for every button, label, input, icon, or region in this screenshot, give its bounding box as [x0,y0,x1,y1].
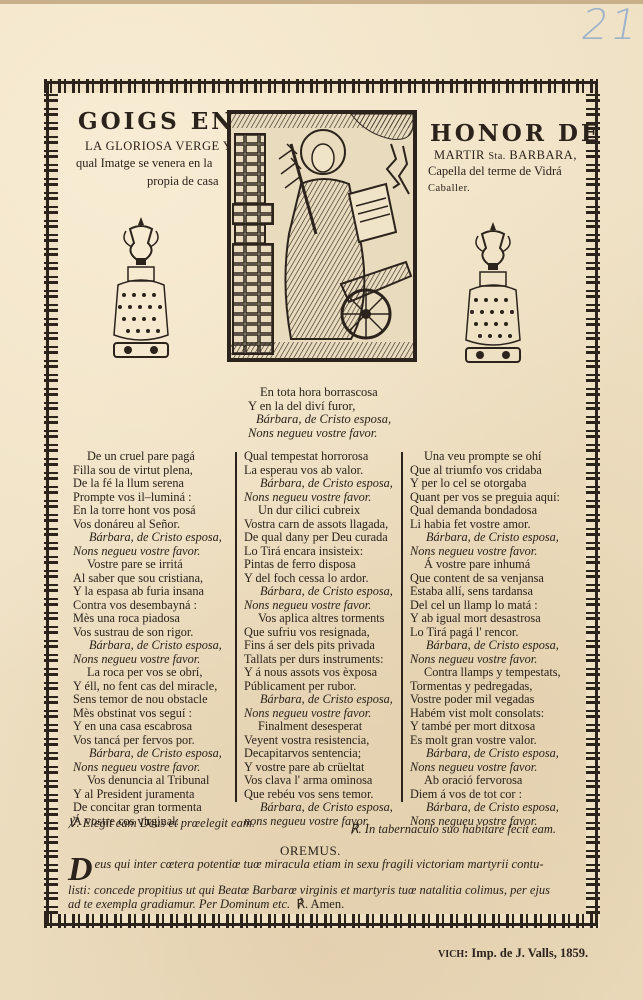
verse-line: Fins á ser dels pits privada [244,639,393,653]
verse-line: De concitar gran tormenta [73,801,222,815]
oremus-prayer: D eus qui inter cœtera potentiœ tuœ mira… [68,852,558,911]
verse-line: Bárbara, de Cristo esposa, [410,747,561,761]
verse-line: Una veu prompte se ohí [410,450,561,464]
verse-line: Á vostre pare inhumá [410,558,561,572]
refrain-line: Y en la del diví furor, [240,400,420,414]
verse-line: Bárbara, de Cristo esposa, [73,531,222,545]
verse-line: Nons negueu vostre favor. [410,545,561,559]
verse-line: Que sufriu vos resignada, [244,626,393,640]
verse-line: Vos donáreu al Señor. [73,518,222,532]
saint-barbara-woodcut [227,110,417,362]
verse-line: Bárbara, de Cristo esposa, [73,747,222,761]
saint-barbara-illustration [231,114,413,358]
verse-line: Que rebéu vos sens temor. [244,788,393,802]
verse-line: Contra llamps y tempestats, [410,666,561,680]
verse-line: Y al President juramenta [73,788,222,802]
verse-line: Habém vist molt consolats: [410,707,561,721]
verse-line: De la fé la llum serena [73,477,222,491]
title-right: HONOR DE [430,120,601,147]
verse-line: Ab oració fervorosa [410,774,561,788]
printer-imprint: Vich: Imp. de J. Valls, 1859. [438,946,588,961]
verse-line: Prompte vos il–luminá : [73,491,222,505]
verse-line: De qual dany per Deu curada [244,531,393,545]
verse-line: Y del foch cessa lo ardor. [244,572,393,586]
verse-line: Un dur cilici cubreix [244,504,393,518]
verse-line: Veyent vostra resistencia, [244,734,393,748]
response: ℟. In tabernaculo suo habitare fecit eam… [350,821,556,837]
verse-line: Nons negueu vostre favor. [244,599,393,613]
verse-line: Y vostre pare ab crüeltat [244,761,393,775]
verse-column-1: De un cruel pare pagáFilla sou de virtut… [73,450,222,828]
prayer-line: eus qui inter cœtera potentiœ tuœ miracu… [68,852,558,872]
verse-line: Filla sou de virtut plena, [73,464,222,478]
subtitle-left-3: propia de casa [147,174,219,189]
verse-line: Quant per vos se preguia aquí: [410,491,561,505]
column-divider [235,452,237,802]
verse-line: Vos clava l' arma ominosa [244,774,393,788]
verse-line: Tallats per durs instruments: [244,653,393,667]
verse-line: Bárbara, de Cristo esposa, [410,801,561,815]
subtitle-right-1: MARTIR Sta. BARBARA, [434,148,577,163]
verse-line: Y ab igual mort desastrosa [410,612,561,626]
verse-line: Tormentas y pedregadas, [410,680,561,694]
verse-line: La esperau vos ab valor. [244,464,393,478]
subtitle-left-2: qual Imatge se venera en la [76,156,212,171]
verse-line: Pintas de ferro disposa [244,558,393,572]
vase-ornament-icon [108,215,174,365]
verse-line: Bárbara, de Cristo esposa, [244,585,393,599]
versicle: ℣. Elegit eam Deus et prœelegit eam. [68,815,255,831]
verse-line: Li habia fet vostre amor. [410,518,561,532]
verse-line: Diem á vos de tot cor : [410,788,561,802]
prayer-line: listi: concede propitius ut qui Beatœ Ba… [68,884,558,898]
subtitle-left-1: LA GLORIOSA VERGE Y [85,139,232,154]
verse-line: Vostra carn de assots llagada, [244,518,393,532]
verse-line: Y també per mort ditxosa [410,720,561,734]
verse-line: Nons negueu vostre favor. [410,653,561,667]
verse-column-3: Una veu prompte se ohíQue al triumfo vos… [410,450,561,828]
prayer-line: ad te exempla gradiamur. Per Dominum etc… [68,898,558,912]
verse-line: Qual tempestat horrorosa [244,450,393,464]
verse-line: Sens temor de nou obstacle [73,693,222,707]
verse-line: Y la espasa ab furia insana [73,585,222,599]
verse-line: Y éll, no fent cas del miracle, [73,680,222,694]
title-left: GOIGS EN [78,108,235,135]
verse-line: Y en una casa escabrosa [73,720,222,734]
drop-cap: D [68,856,93,884]
refrain-line: Nons negueu vostre favor. [240,427,420,441]
verse-line: Públicament per rubor. [244,680,393,694]
verse-line: Vostre poder mil vegadas [410,693,561,707]
subtitle-right-2: Capella del terme de Vidrá [428,164,562,179]
verse-line: Nons negueu vostre favor. [73,761,222,775]
verse-line: Vos denuncia al Tribunal [73,774,222,788]
verse-line: Decapitarvos sentencia; [244,747,393,761]
verse-line: Lo Tirá pagá l' rencor. [410,626,561,640]
refrain-line: En tota hora borrascosa [240,386,420,400]
refrain-intro: En tota hora borrascosa Y en la del diví… [240,386,420,440]
verse-line: Bárbara, de Cristo esposa, [410,639,561,653]
verse-line: Lo Tirá encara insisteix: [244,545,393,559]
verse-line: Vos aplica altres torments [244,612,393,626]
verse-line: Que content de sa venjansa [410,572,561,586]
verse-line: Vos tancá per fervos por. [73,734,222,748]
verse-line: Mès una roca piadosa [73,612,222,626]
verse-line: Y á nous assots vos èxposa [244,666,393,680]
verse-line: Y per lo cel se otorgaba [410,477,561,491]
verse-line: Bárbara, de Cristo esposa, [410,531,561,545]
verse-line: Nons negueu vostre favor. [410,761,561,775]
verse-column-2: Qual tempestat horrorosaLa esperau vos a… [244,450,393,828]
verse-line: Vos sustrau de son rigor. [73,626,222,640]
verse-line: En la torre hont vos posá [73,504,222,518]
subtitle-right-3: Caballer. [428,183,470,194]
verse-line: Bárbara, de Cristo esposa, [244,693,393,707]
verse-line: Nons negueu vostre favor. [73,653,222,667]
verse-line: Contra vos desembayná : [73,599,222,613]
verse-line: Al saber que sou cristiana, [73,572,222,586]
verse-line: Finalment desesperat [244,720,393,734]
verse-line: Que al triumfo vos cridaba [410,464,561,478]
verse-line: Nons negueu vostre favor. [244,707,393,721]
column-divider [401,452,403,802]
page-number-annotation: 21 [578,0,643,49]
verse-line: Nons negueu vostre favor. [244,491,393,505]
verse-line: Mès obstinat vos seguí : [73,707,222,721]
verse-line: Es molt gran vostre valor. [410,734,561,748]
page-top-edge [0,0,643,4]
verse-line: Bárbara, de Cristo esposa, [244,477,393,491]
ornamental-vase-left [108,215,174,365]
verse-line: Bárbara, de Cristo esposa, [244,801,393,815]
verse-line: La roca per vos se obrí, [73,666,222,680]
verse-line: Nons negueu vostre favor. [73,545,222,559]
verse-line: Del cel un llamp lo matá : [410,599,561,613]
verse-line: Estaba allí, sens tardansa [410,585,561,599]
ornamental-vase-right [460,220,526,370]
verse-line: Vostre pare se irritá [73,558,222,572]
verse-line: De un cruel pare pagá [73,450,222,464]
verse-line: Qual demanda bondadosa [410,504,561,518]
vase-ornament-icon [460,220,526,370]
refrain-line: Bárbara, de Cristo esposa, [240,413,420,427]
verse-line: Bárbara, de Cristo esposa, [73,639,222,653]
